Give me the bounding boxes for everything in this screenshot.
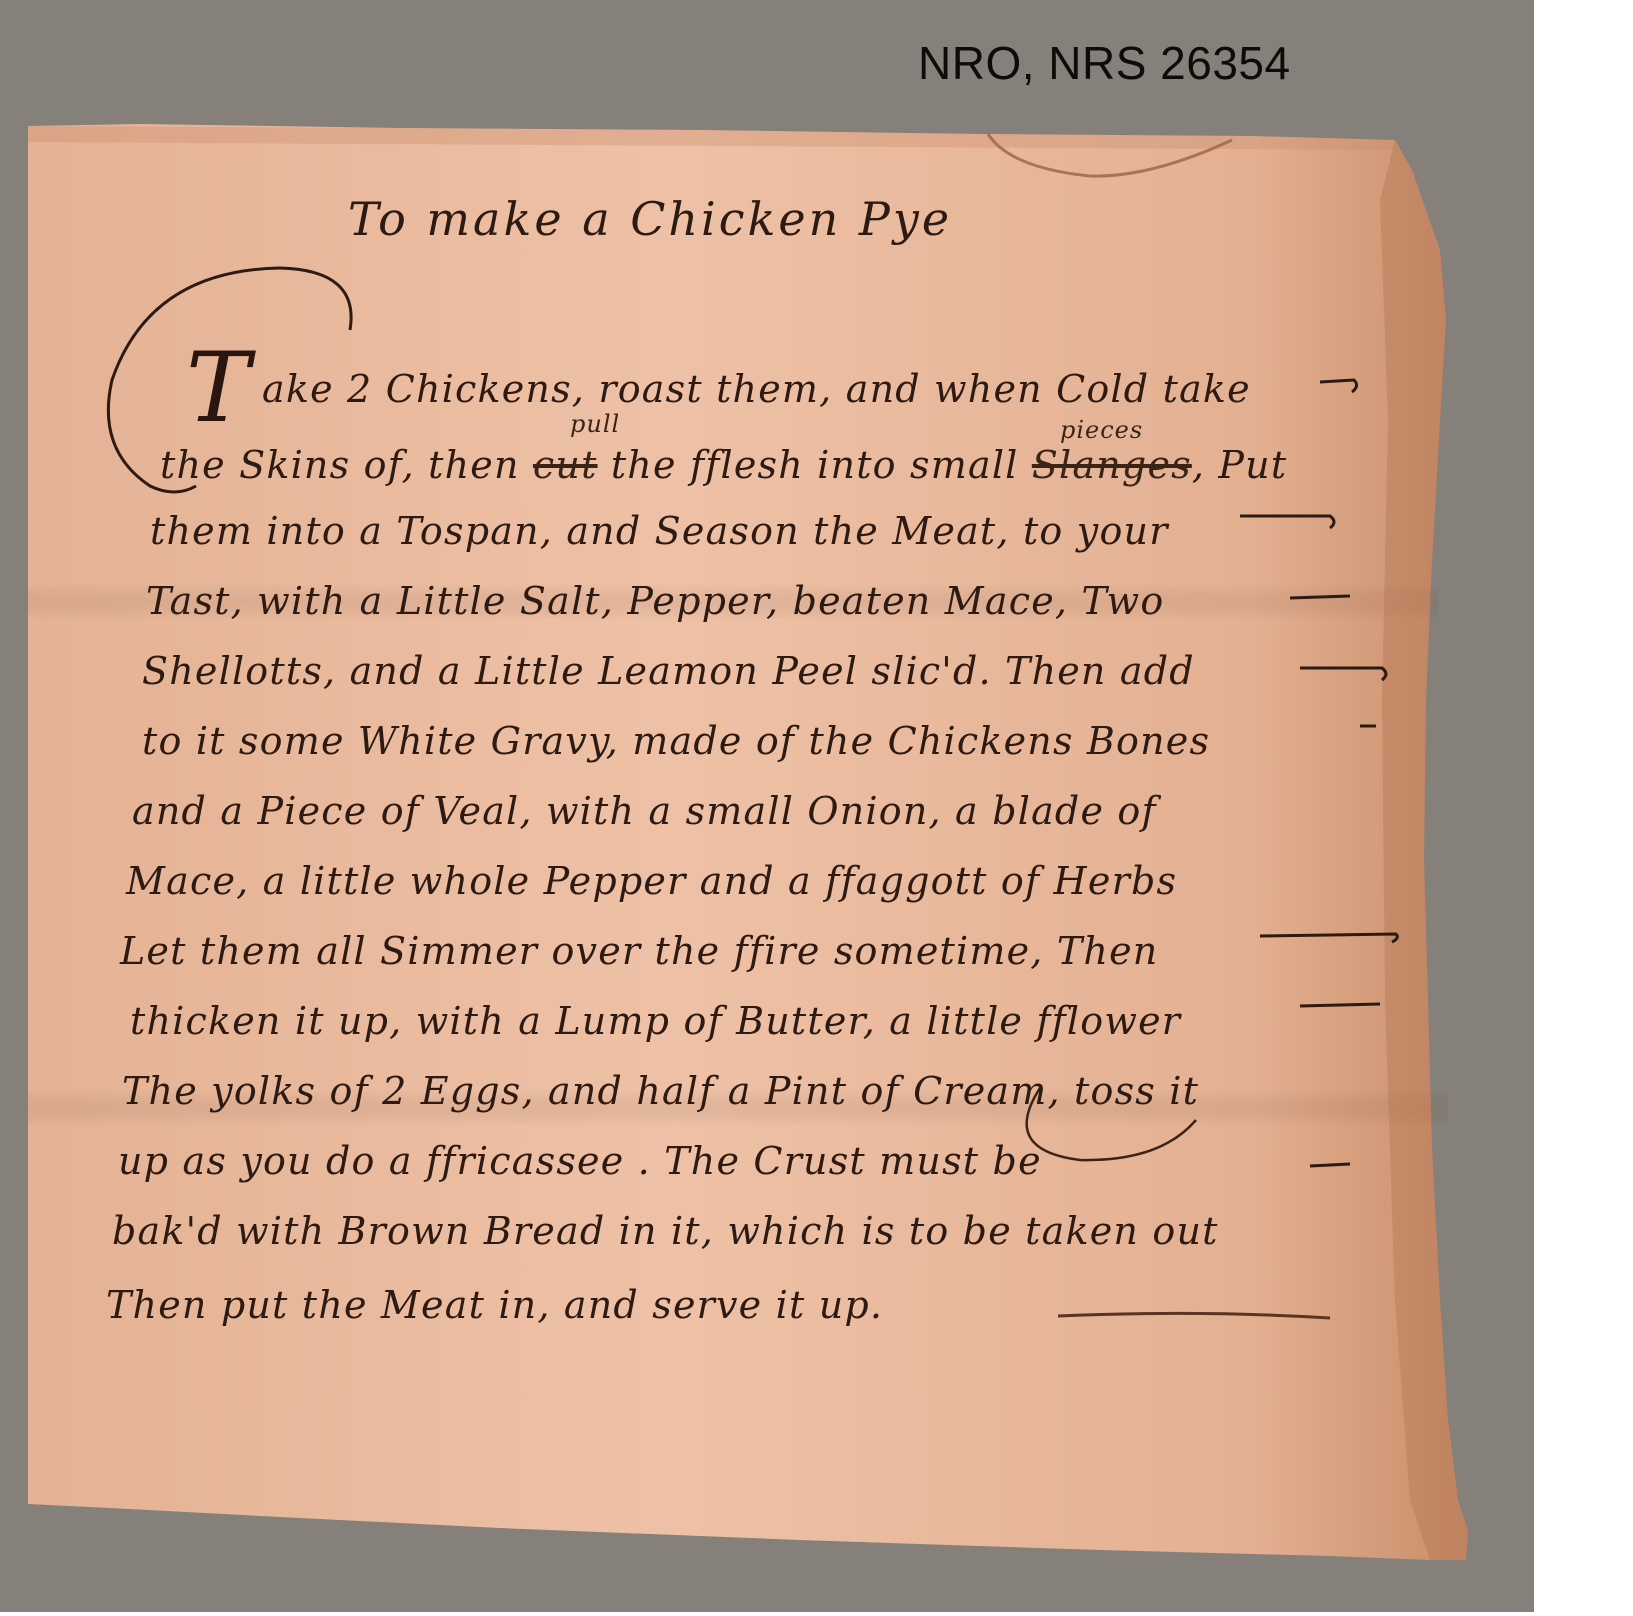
interlinear-insertion-pull: pull [570,410,620,438]
manuscript-line-4: Tast, with a Little Salt, Pepper, beaten… [146,582,1164,620]
manuscript-text: To make a Chicken Pye T ake 2 Chickens, … [0,0,1534,1612]
recipe-title: To make a Chicken Pye [348,192,952,246]
manuscript-line-3: them into a Tospan, and Season the Meat,… [150,512,1169,550]
manuscript-line-12: up as you do a ffricassee . The Crust mu… [118,1142,1042,1180]
manuscript-line-13: bak'd with Brown Bread in it, which is t… [112,1212,1219,1250]
line-2-before: the Skins of, then [160,443,533,487]
manuscript-line-8: Mace, a little whole Pepper and a ffaggo… [126,862,1177,900]
manuscript-line-14: Then put the Meat in, and serve it up. [106,1286,883,1324]
drop-cap-letter: T [186,340,250,436]
manuscript-line-6: to it some White Gravy, made of the Chic… [142,722,1210,760]
manuscript-line-5: Shellotts, and a Little Leamon Peel slic… [142,652,1195,690]
line-2-middle: the fflesh into small [598,443,1032,487]
manuscript-line-2: the Skins of, then cut the fflesh into s… [160,446,1287,484]
manuscript-line-10: thicken it up, with a Lump of Butter, a … [130,1002,1181,1040]
manuscript-line-9: Let them all Simmer over the ffire somet… [120,932,1158,970]
struck-word-cut: cut [533,443,598,487]
struck-word-slanges: Slanges [1032,443,1192,487]
manuscript-line-11: The yolks of 2 Eggs, and half a Pint of … [122,1072,1199,1110]
manuscript-page: To make a Chicken Pye T ake 2 Chickens, … [0,0,1534,1612]
manuscript-line-7: and a Piece of Veal, with a small Onion,… [132,792,1157,830]
interlinear-insertion-pieces: pieces [1060,416,1143,444]
manuscript-line-1: ake 2 Chickens, roast them, and when Col… [262,370,1251,408]
line-2-after: , Put [1192,443,1287,487]
